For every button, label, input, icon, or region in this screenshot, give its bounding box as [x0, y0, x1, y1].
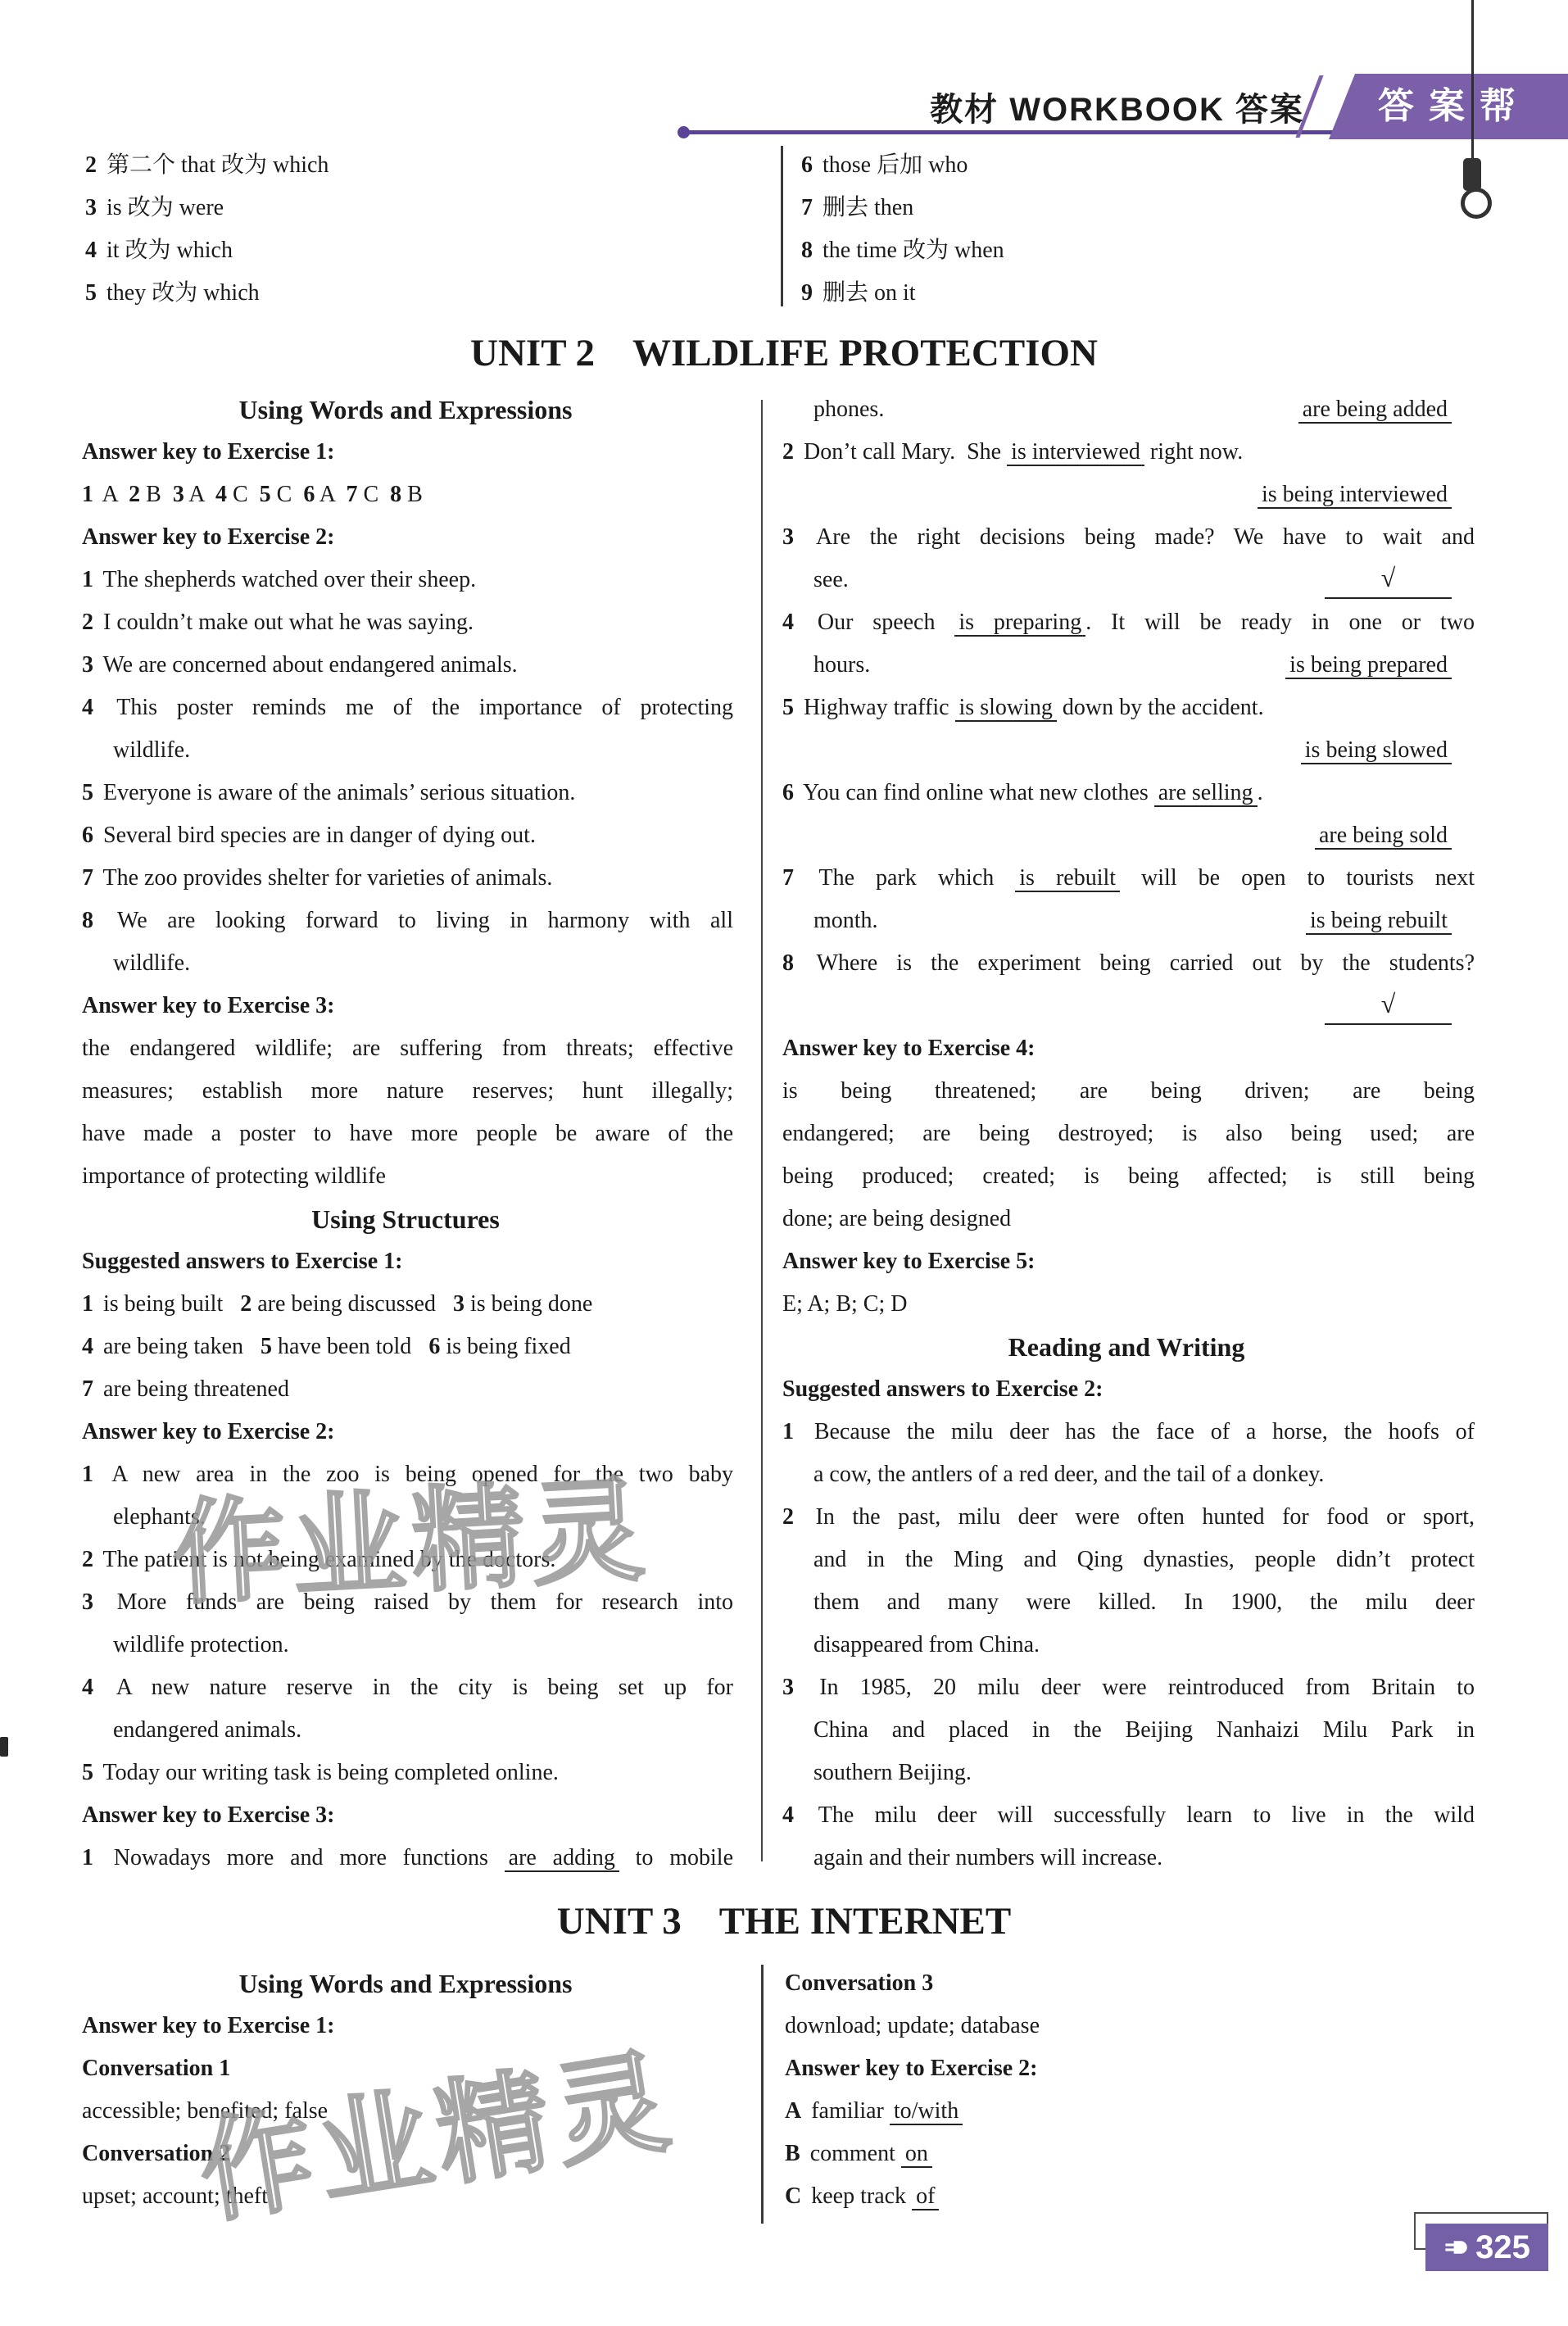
text-line: 2 第二个 that 改为 which	[85, 144, 773, 187]
unit3-title: THE INTERNET	[719, 1900, 1012, 1943]
text-line: have made a poster to have more people b…	[82, 1113, 733, 1155]
unit3-number: UNIT 3	[557, 1900, 682, 1943]
check-mark: √	[1325, 560, 1452, 599]
scan-edge-mark	[0, 1737, 8, 1757]
text-line: 6 You can find online what new clothes a…	[782, 772, 1475, 814]
text-line: endangered; are being destroyed; is also…	[782, 1113, 1475, 1155]
text-line: B comment on	[785, 2133, 1473, 2175]
text-line: 5 they 改为 which	[85, 272, 773, 315]
text-line: Answer key to Exercise 2:	[82, 516, 733, 559]
text-line: 1 A new area in the zoo is being opened …	[82, 1453, 733, 1496]
text-line: 9 删去 on it	[801, 272, 1506, 315]
text-line: 7 The park which is rebuilt will be open…	[782, 857, 1475, 900]
text-line: is being slowed	[782, 729, 1475, 772]
check-mark: √	[1325, 986, 1452, 1025]
text-line: Answer key to Exercise 2:	[82, 1411, 733, 1453]
text-line: 8 We are looking forward to living in ha…	[82, 900, 733, 942]
text-line: them and many were killed. In 1900, the …	[782, 1581, 1475, 1624]
text-line: 5 Today our writing task is being comple…	[82, 1752, 733, 1794]
text-line: 3 In 1985, 20 milu deer were reintroduce…	[782, 1666, 1475, 1709]
page-number: 325	[1475, 2229, 1530, 2266]
text-line: upset; account; theft	[82, 2175, 733, 2218]
text-line: phones.are being added	[782, 388, 1475, 431]
section-heading: Using Words and Expressions	[82, 1962, 733, 2005]
text-line: wildlife.	[82, 942, 733, 985]
text-line: 4 The milu deer will successfully learn …	[782, 1794, 1475, 1837]
text-line: done; are being designed	[782, 1198, 1475, 1240]
plug-icon	[1443, 2238, 1468, 2257]
text-line: being produced; created; is being affect…	[782, 1155, 1475, 1198]
header-rule	[687, 130, 1339, 134]
text-line: Answer key to Exercise 4:	[782, 1027, 1475, 1070]
text-line: 4 it 改为 which	[85, 229, 773, 272]
text-line: Conversation 1	[82, 2047, 733, 2090]
text-line: a cow, the antlers of a red deer, and th…	[782, 1453, 1475, 1496]
text-line: the endangered wildlife; are suffering f…	[82, 1027, 733, 1070]
text-line: see.√	[782, 559, 1475, 601]
text-line: Conversation 3	[785, 1962, 1473, 2005]
text-line: Suggested answers to Exercise 1:	[82, 1240, 733, 1283]
text-line: 2 I couldn’t make out what he was saying…	[82, 601, 733, 644]
text-line: Answer key to Exercise 3:	[82, 1794, 733, 1837]
main-column-divider	[761, 400, 763, 1861]
text-line: Answer key to Exercise 1:	[82, 431, 733, 474]
text-line: download; update; database	[785, 2005, 1473, 2047]
bottom-column-divider	[761, 1965, 764, 2224]
unit2-title: WILDLIFE PROTECTION	[632, 332, 1098, 374]
page-header-title: 教材 WORKBOOK 答案	[930, 87, 1304, 133]
text-line: southern Beijing.	[782, 1752, 1475, 1794]
text-line: 7 删去 then	[801, 187, 1506, 229]
text-line: Answer key to Exercise 5:	[782, 1240, 1475, 1283]
text-line: 3 Are the right decisions being made? We…	[782, 516, 1475, 559]
text-line: Answer key to Exercise 1:	[82, 2005, 733, 2047]
text-line: Answer key to Exercise 3:	[82, 985, 733, 1027]
text-line: China and placed in the Beijing Nanhaizi…	[782, 1709, 1475, 1752]
text-line: wildlife.	[82, 729, 733, 772]
text-line: and in the Ming and Qing dynasties, peop…	[782, 1539, 1475, 1581]
text-line: 3 is 改为 were	[85, 187, 773, 229]
answer-help-badge: 答案帮	[1329, 74, 1568, 139]
text-line: A familiar to/with	[785, 2090, 1473, 2133]
text-line: disappeared from China.	[782, 1624, 1475, 1666]
text-line: Answer key to Exercise 2:	[785, 2047, 1473, 2090]
page-number-badge: 325	[1425, 2224, 1548, 2271]
text-line: C keep track of	[785, 2175, 1473, 2218]
text-line: Conversation 2	[82, 2133, 733, 2175]
text-line: 2 In the past, milu deer were often hunt…	[782, 1496, 1475, 1539]
text-line: again and their numbers will increase.	[782, 1837, 1475, 1879]
text-line: E; A; B; C; D	[782, 1283, 1475, 1326]
text-line: 1 The shepherds watched over their sheep…	[82, 559, 733, 601]
text-line: 1 Because the milu deer has the face of …	[782, 1411, 1475, 1453]
text-line: month.is being rebuilt	[782, 900, 1475, 942]
text-line: 1 Nowadays more and more functions are a…	[82, 1837, 733, 1879]
text-line: √	[782, 985, 1475, 1027]
text-line: wildlife protection.	[82, 1624, 733, 1666]
top-right-list: 6 those 后加 who7 删去 then8 the time 改为 whe…	[801, 144, 1506, 315]
unit3-heading: UNIT 3THE INTERNET	[0, 1896, 1568, 1947]
bottom-right-column: Conversation 3download; update; database…	[785, 1962, 1473, 2218]
text-line: 4 This poster reminds me of the importan…	[82, 687, 733, 729]
left-column: Using Words and ExpressionsAnswer key to…	[82, 388, 733, 1879]
text-line: 6 Several bird species are in danger of …	[82, 814, 733, 857]
text-line: 2 Don’t call Mary. She is interviewed ri…	[782, 431, 1475, 474]
text-line: 5 Highway traffic is slowing down by the…	[782, 687, 1475, 729]
text-line: 6 those 后加 who	[801, 144, 1506, 187]
text-line: 3 We are concerned about endangered anim…	[82, 644, 733, 687]
bottom-left-column: Using Words and ExpressionsAnswer key to…	[82, 1962, 733, 2218]
text-line: 7 The zoo provides shelter for varieties…	[82, 857, 733, 900]
text-line: 4 A new nature reserve in the city is be…	[82, 1666, 733, 1709]
text-line: is being interviewed	[782, 474, 1475, 516]
section-heading: Reading and Writing	[782, 1326, 1475, 1368]
text-line: 1 A 2 B 3 A 4 C 5 C 6 A 7 C 8 B	[82, 474, 733, 516]
text-line: hours.is being prepared	[782, 644, 1475, 687]
text-line: 7 are being threatened	[82, 1368, 733, 1411]
unit2-number: UNIT 2	[470, 332, 595, 374]
text-line: 4 are being taken 5 have been told 6 is …	[82, 1326, 733, 1368]
text-line: 1 is being built 2 are being discussed 3…	[82, 1283, 733, 1326]
right-column: phones.are being added2 Don’t call Mary.…	[782, 388, 1475, 1879]
text-line: endangered animals.	[82, 1709, 733, 1752]
unit2-heading: UNIT 2WILDLIFE PROTECTION	[0, 328, 1568, 379]
text-line: accessible; benefited; false	[82, 2090, 733, 2133]
text-line: measures; establish more nature reserves…	[82, 1070, 733, 1113]
cord-line	[1471, 0, 1474, 162]
section-heading: Using Words and Expressions	[82, 388, 733, 431]
text-line: 8 Where is the experiment being carried …	[782, 942, 1475, 985]
text-line: 5 Everyone is aware of the animals’ seri…	[82, 772, 733, 814]
text-line: Suggested answers to Exercise 2:	[782, 1368, 1475, 1411]
text-line: 4 Our speech is preparing. It will be re…	[782, 601, 1475, 644]
text-line: 8 the time 改为 when	[801, 229, 1506, 272]
text-line: 3 More funds are being raised by them fo…	[82, 1581, 733, 1624]
text-line: importance of protecting wildlife	[82, 1155, 733, 1198]
top-column-divider	[781, 146, 783, 306]
section-heading: Using Structures	[82, 1198, 733, 1240]
text-line: 2 The patient is not being examined by t…	[82, 1539, 733, 1581]
text-line: are being sold	[782, 814, 1475, 857]
text-line: elephants.	[82, 1496, 733, 1539]
top-left-list: 2 第二个 that 改为 which3 is 改为 were4 it 改为 w…	[85, 144, 773, 315]
text-line: is being threatened; are being driven; a…	[782, 1070, 1475, 1113]
